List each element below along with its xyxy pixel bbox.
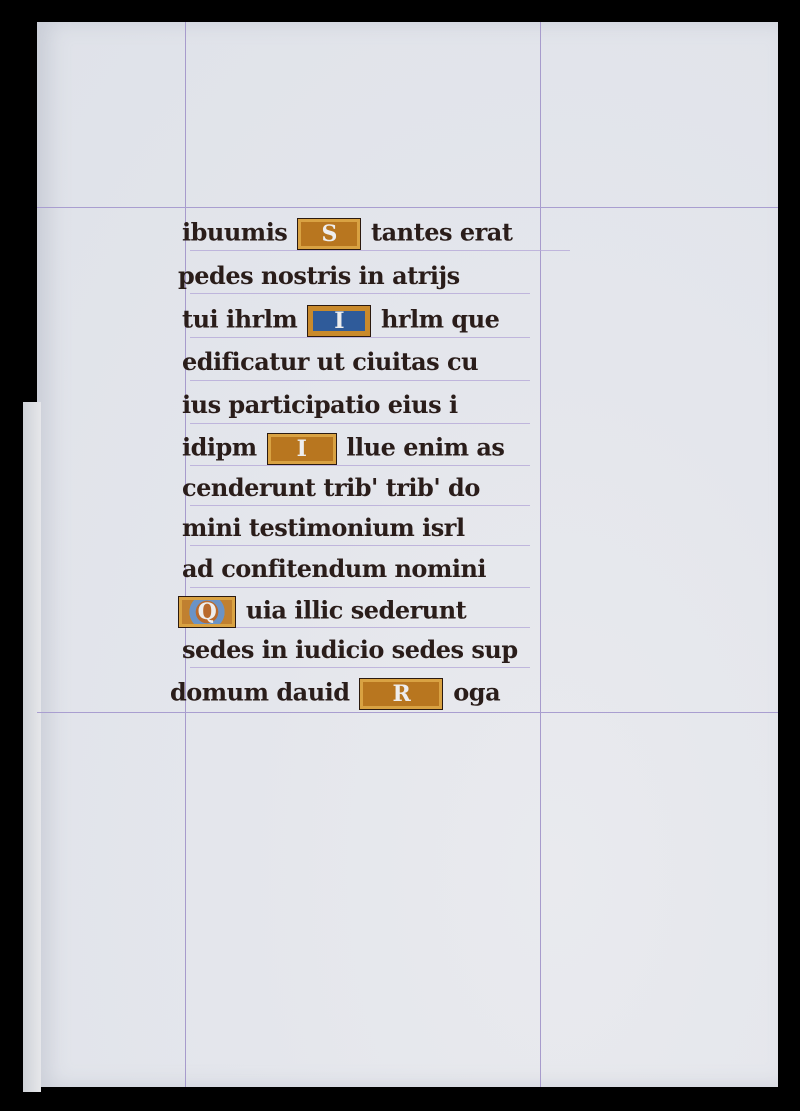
text-line-2: pedes nostris in atrijs (178, 262, 460, 290)
text-line-5: ius participatio eius i (182, 391, 458, 419)
illuminated-initial-q: Q (178, 596, 236, 628)
illuminated-initial-s: S (297, 218, 361, 250)
text-line-3: tui ihrlm I hrlm que (182, 305, 499, 333)
text-line-8: mini testimonium isrl (182, 514, 465, 542)
text-line-11: sedes in iudicio sedes sup (182, 636, 518, 664)
text-line-1: ibuumis S tantes erat (182, 218, 512, 246)
text-line-10: Q uia illic sederunt (176, 596, 466, 624)
text-line-9: ad confitendum nomini (182, 555, 486, 583)
ruling-bottom (37, 712, 778, 713)
ruling-right (540, 22, 541, 1087)
ruling-top (37, 207, 778, 208)
text-line-6: idipm I llue enim as (182, 433, 504, 461)
illuminated-initial-i-blue: I (307, 305, 371, 337)
illuminated-initial-i-gold: I (267, 433, 337, 465)
illuminated-initial-r: R (359, 678, 443, 710)
text-line-4: edificatur ut ciuitas cu (182, 348, 478, 376)
text-line-7: cenderunt trib' trib' do (182, 474, 480, 502)
text-line-12: domum dauid R oga (170, 678, 500, 706)
